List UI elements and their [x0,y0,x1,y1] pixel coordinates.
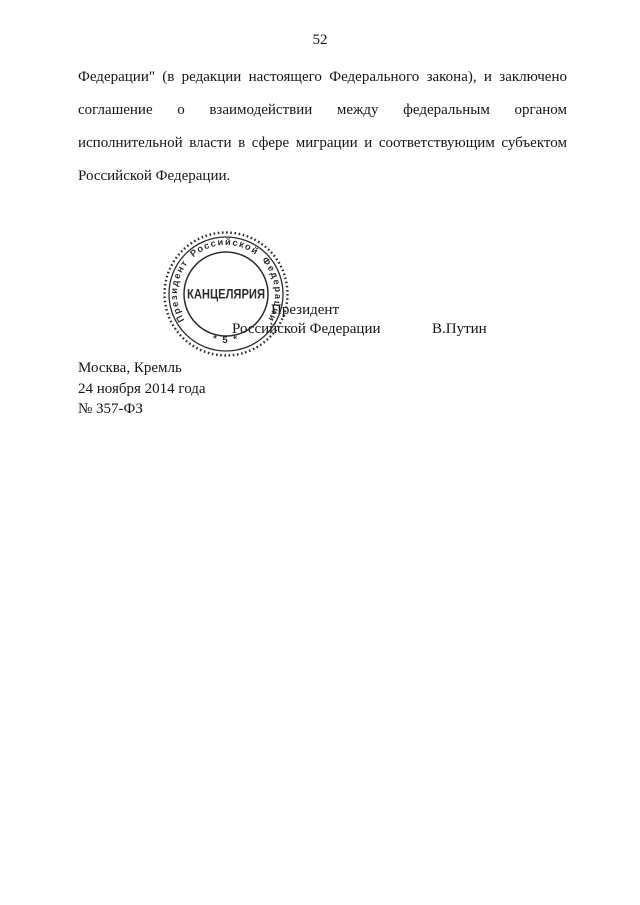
signatory-name: В.Путин [432,320,487,339]
paragraph-line: Российской Федерации. [78,160,567,193]
paragraph-line: исполнительной власти в сфере миграции и… [78,127,567,160]
paragraph-line: соглашение о взаимодействии между федера… [78,94,567,127]
chancellery-stamp-icon: Президент Российской Федерации * 5 * КАН… [156,224,296,364]
stamp-bottom-text: * 5 * [211,333,240,346]
issuance-block: Москва, Кремль 24 ноября 2014 года № 357… [78,358,206,420]
issuance-date: 24 ноября 2014 года [78,379,206,400]
body-paragraph: Федерации" (в редакции настоящего Федера… [78,61,567,193]
law-number: № 357-ФЗ [78,399,206,420]
stamp-center-text: КАНЦЕЛЯРИЯ [187,287,265,302]
svg-text:* 5 *: * 5 * [211,333,240,346]
document-page: 52 Федерации" (в редакции настоящего Фед… [0,0,640,905]
page-number: 52 [0,32,640,49]
paragraph-line: Федерации" (в редакции настоящего Федера… [78,61,567,94]
